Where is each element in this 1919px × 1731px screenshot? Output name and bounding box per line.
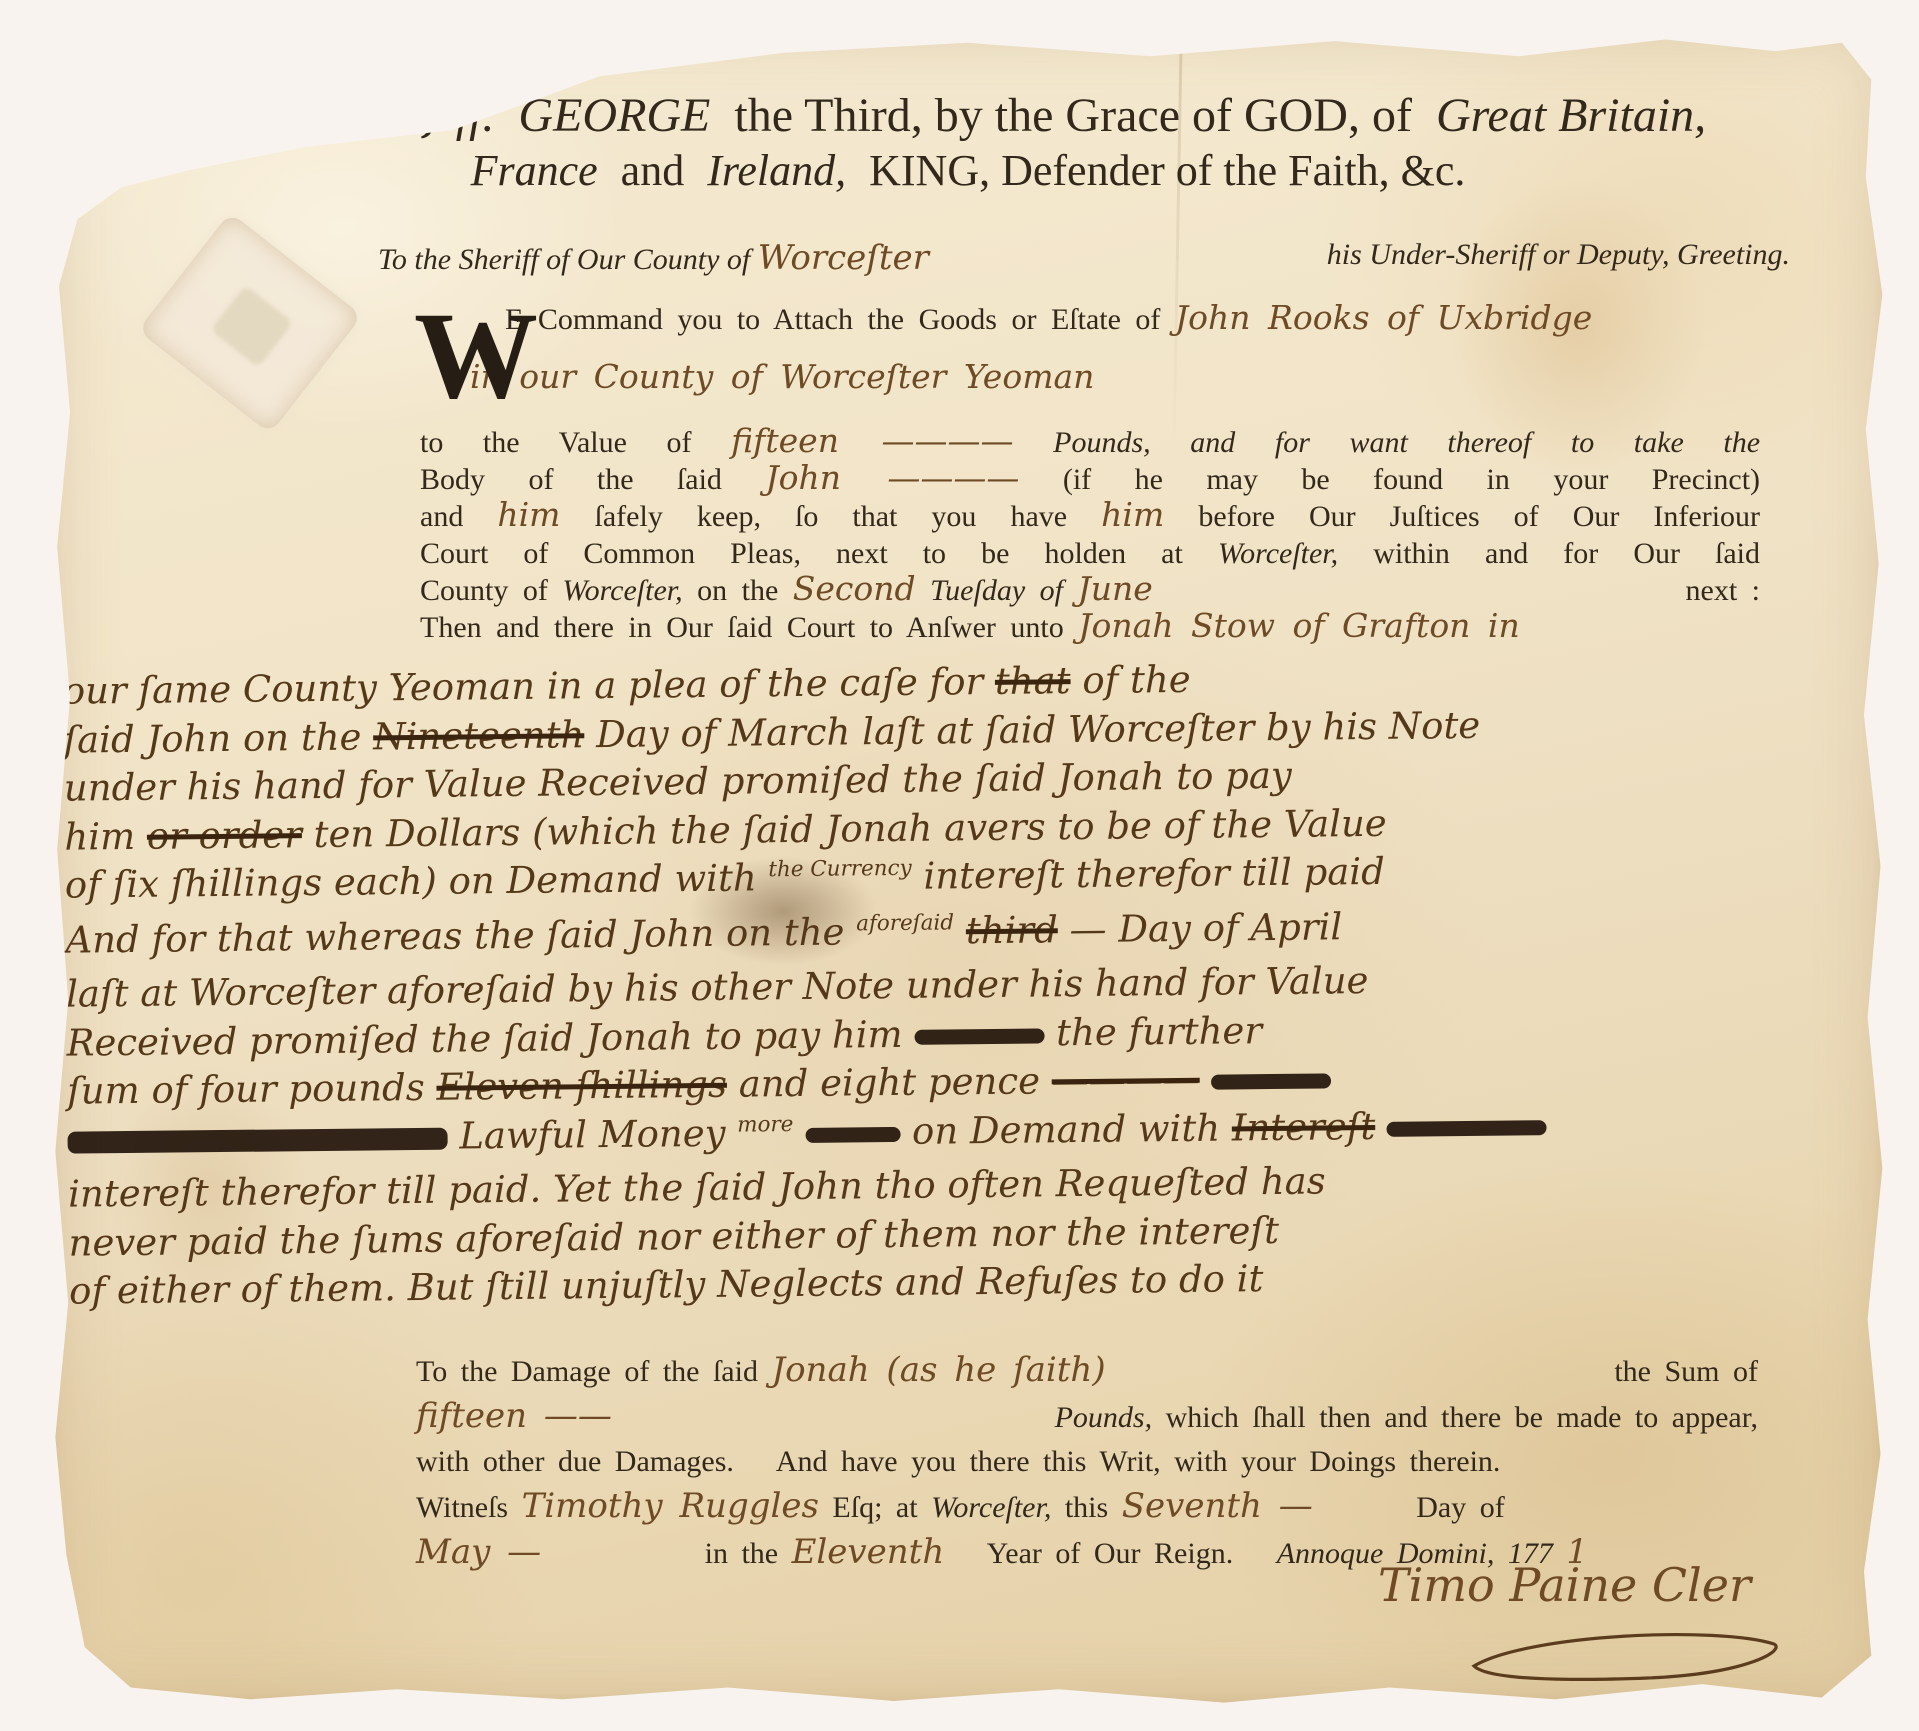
- handwritten-text: ſaid John on the: [63, 715, 361, 761]
- printed-worcester: Worceſter,: [562, 574, 682, 607]
- ink-blot: [1387, 1120, 1547, 1137]
- handwritten-text: Lawful Money: [459, 1111, 726, 1157]
- handwritten-regnal-year: Eleventh: [792, 1532, 945, 1572]
- salutation-line: To the Sheriff of Our County of Worceſte…: [378, 238, 1790, 278]
- struck-text: that: [995, 659, 1071, 703]
- printed-text: before Our Juſtices of Our Inferiour: [1198, 500, 1760, 533]
- struck-text: third: [966, 908, 1058, 952]
- printed-text: County of: [420, 574, 548, 607]
- handwritten-text: ſum of four pounds: [67, 1066, 425, 1113]
- salutation-post: his Under-Sheriff or Deputy, Greeting.: [1327, 238, 1790, 278]
- handwritten-text: of either of them. But ſtill unjuſtly Ne…: [69, 1257, 1264, 1313]
- handwritten-tuesday-ordinal: Second: [793, 569, 916, 608]
- handwritten-text: ten Dollars (which the ſaid Jonah avers …: [313, 801, 1386, 855]
- damage-line-3: with other due Damages. And have you the…: [416, 1440, 1758, 1484]
- printed-worcester: Worceſter,: [931, 1491, 1051, 1524]
- handwritten-plaintiff: Jonah (as he ſaith): [771, 1350, 1105, 1390]
- struck-text: Nineteenth: [373, 713, 585, 758]
- printed-text: this: [1065, 1491, 1108, 1524]
- damage-line-4: Witneſs Timothy Ruggles Eſq; at Worceſte…: [416, 1484, 1758, 1530]
- interlined-text: the Currency: [768, 856, 912, 882]
- dropcap-initial: W: [414, 306, 538, 405]
- printed-text: ſafely keep, ſo that you have: [595, 500, 1068, 533]
- handwritten-defendant-name: John Rooks of Uxbridge: [1175, 298, 1592, 337]
- handwritten-day-ordinal: Seventh —: [1122, 1486, 1313, 1526]
- handwritten-damage-amount: fifteen ——: [416, 1394, 612, 1438]
- printed-text: Witneſs: [416, 1491, 508, 1524]
- printed-text: Eſq; at: [832, 1491, 917, 1524]
- wafer-seal: [138, 212, 363, 434]
- printed-text: and: [420, 500, 463, 533]
- salutation-pre: To the Sheriff of Our County of: [378, 243, 750, 276]
- ss-abbreviation: ſſ.: [456, 89, 495, 142]
- handwritten-text: under his hand for Value Received promiſ…: [64, 754, 1292, 810]
- document-paper: Worceſter, ſſ. GEORGE the Third, by the …: [48, 26, 1886, 1706]
- handwritten-text: the further: [1056, 1009, 1262, 1054]
- handwritten-first-name: John ————: [765, 458, 1019, 497]
- printed-worcester: Worceſter,: [1218, 537, 1338, 570]
- printed-text: Then and there in Our ſaid Court to Anſw…: [420, 611, 1064, 644]
- command-line-8: Then and there in Our ſaid Court to Anſw…: [420, 609, 1760, 646]
- struck-text: Eleven ſhillings: [436, 1063, 727, 1109]
- damage-section: To the Damage of the ſaid Jonah (as he ſ…: [416, 1348, 1758, 1576]
- handwritten-value: fifteen ————: [731, 421, 1013, 460]
- king-title-text: KING, Defender of the Faith, &c.: [869, 146, 1465, 195]
- handwritten-text: Received promiſed the ſaid Jonah to pay …: [66, 1012, 903, 1064]
- printed-pounds: Pounds,: [1055, 1401, 1153, 1434]
- great-britain-text: Great Britain,: [1436, 89, 1706, 142]
- printed-text: (if he may be found in your Precinct): [1063, 463, 1760, 496]
- printed-text: Tueſday of: [930, 574, 1063, 607]
- interlined-text: aforeſaid: [856, 910, 954, 936]
- command-line-2: in our County of Worceſter Yeoman: [470, 352, 1760, 408]
- command-line-4: Body of the ſaid John ———— (if he may be…: [420, 461, 1760, 498]
- printed-text: which ſhall then and there be made to ap…: [1166, 1401, 1758, 1434]
- printed-text: Court of Common Pleas, next to be holden…: [420, 537, 1183, 570]
- damage-line-1: To the Damage of the ſaid Jonah (as he ſ…: [416, 1348, 1758, 1394]
- damage-line1-left: To the Damage of the ſaid Jonah (as he ſ…: [416, 1348, 1106, 1394]
- handwritten-judge-name: Timothy Ruggles: [522, 1486, 819, 1526]
- handwritten-text: and eight pence: [739, 1059, 1041, 1105]
- printed-text: with other due Damages.: [416, 1445, 734, 1478]
- printed-text: Pounds, and for want thereof to take the: [1053, 426, 1760, 459]
- scanned-writ-photo: { "colors":{"paper":"#efe1c1","print_ink…: [0, 0, 1919, 1731]
- command-line-7: next : County of Worceſter, on the Secon…: [420, 572, 1760, 609]
- ireland-text: Ireland,: [707, 146, 846, 195]
- printed-text: the Sum of: [1614, 1350, 1758, 1394]
- handwritten-text: of ſix ſhillings each) on Demand with: [65, 856, 757, 906]
- command-line-5: and him ſafely keep, ſo that you have hi…: [420, 498, 1760, 535]
- command-line-6: Court of Common Pleas, next to be holden…: [420, 535, 1760, 572]
- printed-text: E Command you to Attach the Goods or Eſt…: [505, 303, 1160, 336]
- struck-text: or order: [147, 813, 302, 858]
- struck-dashes: ————: [1052, 1058, 1200, 1103]
- damage-line2-right: Pounds, which ſhall then and there be ma…: [1055, 1396, 1758, 1440]
- handwritten-him: him: [497, 495, 560, 534]
- handwritten-text: our ſame County Yeoman in a plea of the …: [63, 660, 984, 713]
- handwritten-text: intereſt therefor till paid. Yet the ſai…: [68, 1159, 1326, 1215]
- printed-text: Day of: [1416, 1491, 1504, 1524]
- ink-blot: [68, 1128, 448, 1154]
- printed-text: on the: [697, 574, 778, 607]
- header-line-1: Worceſter, ſſ. GEORGE the Third, by the …: [138, 88, 1798, 144]
- header-line-2: France and Ireland, KING, Defender of th…: [138, 144, 1798, 198]
- handwritten-text: intereſt therefor till paid: [923, 850, 1385, 898]
- handwritten-text: him: [64, 814, 135, 858]
- header-text: the Third, by the Grace of GOD, of: [734, 89, 1412, 142]
- clerk-signature: Timo Paine Cler: [1378, 1558, 1751, 1612]
- damage-line-2: fifteen —— Pounds, which ſhall then and …: [416, 1394, 1758, 1440]
- salutation-left: To the Sheriff of Our County of Worceſte…: [378, 238, 929, 278]
- printed-text: within and for Our ſaid: [1373, 537, 1760, 570]
- handwritten-plaintiff-name: Jonah Stow of Grafton in: [1078, 606, 1520, 645]
- and-text: and: [621, 146, 685, 195]
- handwritten-plea-section: our ſame County Yeoman in a plea of the …: [63, 652, 1532, 1316]
- handwritten-text: — Day of April: [1069, 905, 1342, 951]
- printed-text: in the: [705, 1537, 779, 1570]
- ink-blot: [805, 1126, 900, 1142]
- ink-blot: [1211, 1073, 1331, 1089]
- interlined-text: more: [737, 1112, 793, 1138]
- printed-text: Body of the ſaid: [420, 463, 722, 496]
- printed-text: And have you there this Writ, with your …: [776, 1445, 1501, 1478]
- document-header: Worceſter, ſſ. GEORGE the Third, by the …: [138, 88, 1798, 198]
- france-text: France: [471, 146, 598, 195]
- handwritten-text: of the: [1082, 658, 1191, 702]
- flourish-stroke: [1474, 1635, 1776, 1680]
- handwritten-text: on Demand with: [912, 1106, 1220, 1152]
- command-section: W E Command you to Attach the Goods or E…: [420, 298, 1760, 646]
- king-name: GEORGE: [518, 89, 710, 142]
- handwritten-him: him: [1101, 495, 1164, 534]
- command-line-1: E Command you to Attach the Goods or Eſt…: [505, 298, 1760, 342]
- printed-text: to the Value of: [420, 426, 692, 459]
- handwritten-text: Day of March laſt at ſaid Worceſter by h…: [596, 703, 1481, 755]
- printed-text: To the Damage of the ſaid: [416, 1355, 758, 1388]
- county-title: Worceſter,: [230, 89, 432, 142]
- printed-next: next :: [1686, 572, 1761, 609]
- handwritten-county: Worceſter: [758, 238, 929, 278]
- printed-text: Year of Our Reign.: [987, 1537, 1234, 1570]
- handwritten-month: June: [1077, 569, 1152, 608]
- struck-text: Intereſt: [1232, 1104, 1376, 1148]
- command-line-3: to the Value of fifteen ———— Pounds, and…: [420, 424, 1760, 461]
- signature-flourish: [1468, 1622, 1788, 1692]
- handwritten-text: never paid the ſums aforeſaid nor either…: [68, 1208, 1279, 1264]
- ink-blot: [914, 1028, 1044, 1044]
- handwritten-county-yeoman: in our County of Worceſter Yeoman: [470, 357, 1094, 396]
- handwritten-month: May —: [416, 1532, 541, 1572]
- handwritten-text: And for that whereas the ſaid John on th…: [65, 910, 844, 961]
